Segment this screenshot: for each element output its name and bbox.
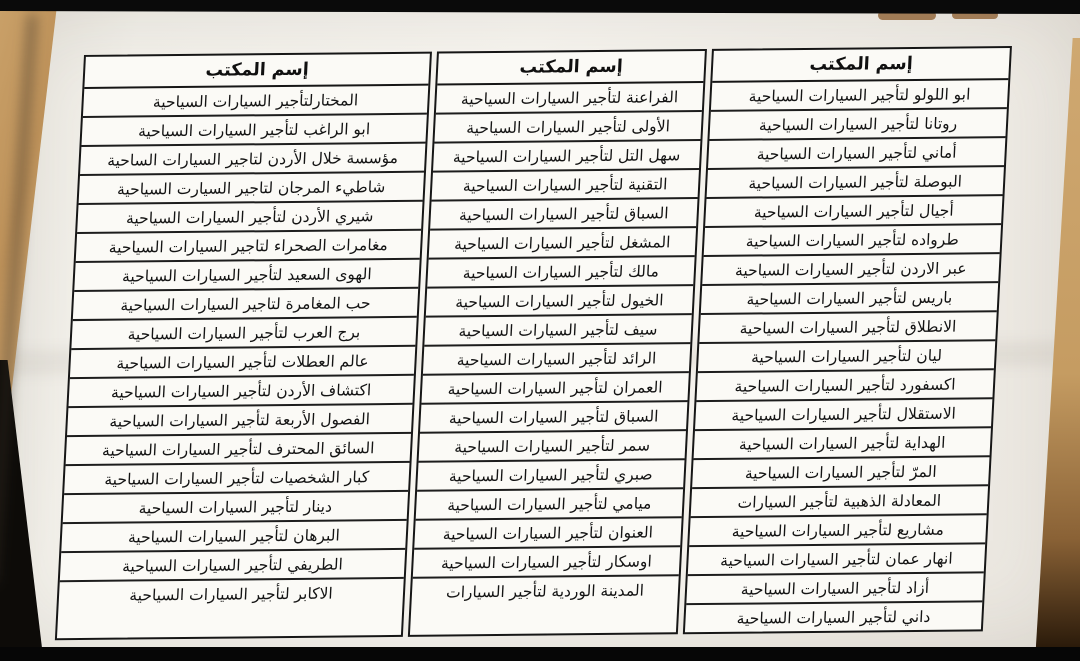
office-table-left: إسم المكتبالمختارلتأجير السيارات السياحي… [55,52,432,641]
office-name-cell: المرّ لتأجير السيارات السياحية [692,457,989,489]
office-name-cell: كبار الشخصيات لتأجير السيارات السياحية [64,463,409,495]
column-header-middle: إسم المكتب [437,51,705,86]
office-name-cell: السباق لتأجير السيارات السياحية [430,199,697,231]
office-table-middle: إسم المكتبالفراعنة لتأجير السيارات السيا… [408,49,707,637]
office-name-cell: مالك لتأجير السيارات السياحية [427,257,694,289]
office-name-cell: المشغل لتأجير السيارات السياحية [429,228,696,260]
office-name-cell: الفراعنة لتأجير السيارات السياحية [436,83,703,115]
office-name-cell: ابو اللولو لتأجير السيارات السياحية [711,80,1008,112]
office-name-cell: الأولى لتأجير السيارات السياحية [434,112,701,144]
office-name-cell: اكسفورد لتأجير السيارات السياحية [696,370,993,402]
office-name-cell: مشاريع لتأجير السيارات السياحية [689,515,986,547]
office-name-cell: سيف لتأجير السيارات السياحية [424,315,691,347]
office-name-cell: المعادلة الذهبية لتأجير السيارات [691,486,988,518]
office-name-cell: صبري لتأجير السيارات السياحية [417,460,684,492]
office-name-cell: السائق المحترف لتأجير السيارات السياحية [66,434,411,466]
black-band-bottom [0,647,1080,661]
office-name-cell: حب المغامرة لتاجير السيارات السياحية [73,289,418,321]
office-name-cell: السباق لتأجير السيارات السياحية [420,402,687,434]
office-name-cell: الطريفي لتأجير السيارات السياحية [60,550,405,582]
office-name-cell: الفصول الأربعة لتأجير السيارات السياحية [67,405,412,437]
office-name-cell: أزاد لتأجير السيارات السياحية [686,573,983,605]
office-name-cell: برج العرب لتأجير السيارات السياحية [71,318,416,350]
office-name-cell: الرائد لتأجير السيارات السياحية [423,344,690,376]
office-name-cell: المدينة الوردية لتأجير السيارات [411,576,678,606]
office-name-cell: اكتشاف الأردن لتأجير السيارات السياحية [68,376,413,408]
office-name-cell: سهل التل لتأجير السيارات السياحية [433,141,700,173]
office-name-cell: أجيال لتأجير السيارات السياحية [705,196,1002,228]
office-name-cell: البوصلة لتأجير السيارات السياحية [706,167,1003,199]
office-name-cell: ابو الراغب لتأجير السيارات السياحية [81,115,426,147]
office-name-cell: شاطيء المرجان لتاجير السيارت السياحية [79,173,424,205]
office-name-cell: الهوى السعيد لتأجير السيارات السياحية [74,260,419,292]
office-name-cell: انهار عمان لتأجير السيارات السياحية [688,544,985,576]
office-tables: إسم المكتبابو اللولو لتأجير السيارات الس… [49,46,1012,640]
office-name-cell: التقنية لتأجير السيارات السياحية [432,170,699,202]
office-name-cell: عالم العطلات لتأجير السيارات السياحية [70,347,415,379]
office-table-right: إسم المكتبابو اللولو لتأجير السيارات الس… [683,46,1012,634]
office-name-cell: داني لتأجير السيارات السياحية [685,602,982,632]
office-name-cell: مغامرات الصحراء لتاجير السيارات السياحية [76,231,421,263]
column-header-right: إسم المكتب [712,48,1010,83]
office-name-cell: طرواده لتأجير السيارات السياحية [704,225,1001,257]
office-name-cell: روتانا لتأجير السيارات السياحية [709,109,1006,141]
office-name-cell: الاستقلال لتأجير السيارات السياحية [695,399,992,431]
office-name-cell: ميامي لتأجير السيارات السياحية [416,489,683,521]
office-name-cell: الاكابر لتأجير السيارات السياحية [58,579,403,609]
office-name-cell: الانطلاق لتأجير السيارات السياحية [699,312,996,344]
office-name-cell: دينار لتأجير السيارات السياحية [63,492,408,524]
office-name-cell: عبر الاردن لتأجير السيارات السياحية [702,254,999,286]
office-name-cell: شيري الأردن لتأجير السيارات السياحية [77,202,422,234]
office-name-cell: سمر لتأجير السيارات السياحية [419,431,686,463]
office-name-cell: الهداية لتأجير السيارات السياحية [693,428,990,460]
office-name-cell: مؤسسة خلال الأردن لتاجير السيارات الساحي… [80,144,425,176]
office-name-cell: البرهان لتأجير السيارات السياحية [61,521,406,553]
office-name-cell: باريس لتأجير السيارات السياحية [701,283,998,315]
office-name-cell: ليان لتأجير السيارات السياحية [698,341,995,373]
office-name-cell: المختارلتأجير السيارات السياحية [83,86,428,118]
office-name-cell: أماني لتأجير السيارات السياحية [708,138,1005,170]
office-name-cell: الخيول لتأجير السيارات السياحية [426,286,693,318]
column-header-left: إسم المكتب [84,54,430,89]
office-name-cell: العمران لتأجير السيارات السياحية [421,373,688,405]
office-name-cell: العنوان لتأجير السيارات السياحية [414,518,681,550]
office-name-cell: اوسكار لتأجير السيارات السياحية [413,547,680,579]
